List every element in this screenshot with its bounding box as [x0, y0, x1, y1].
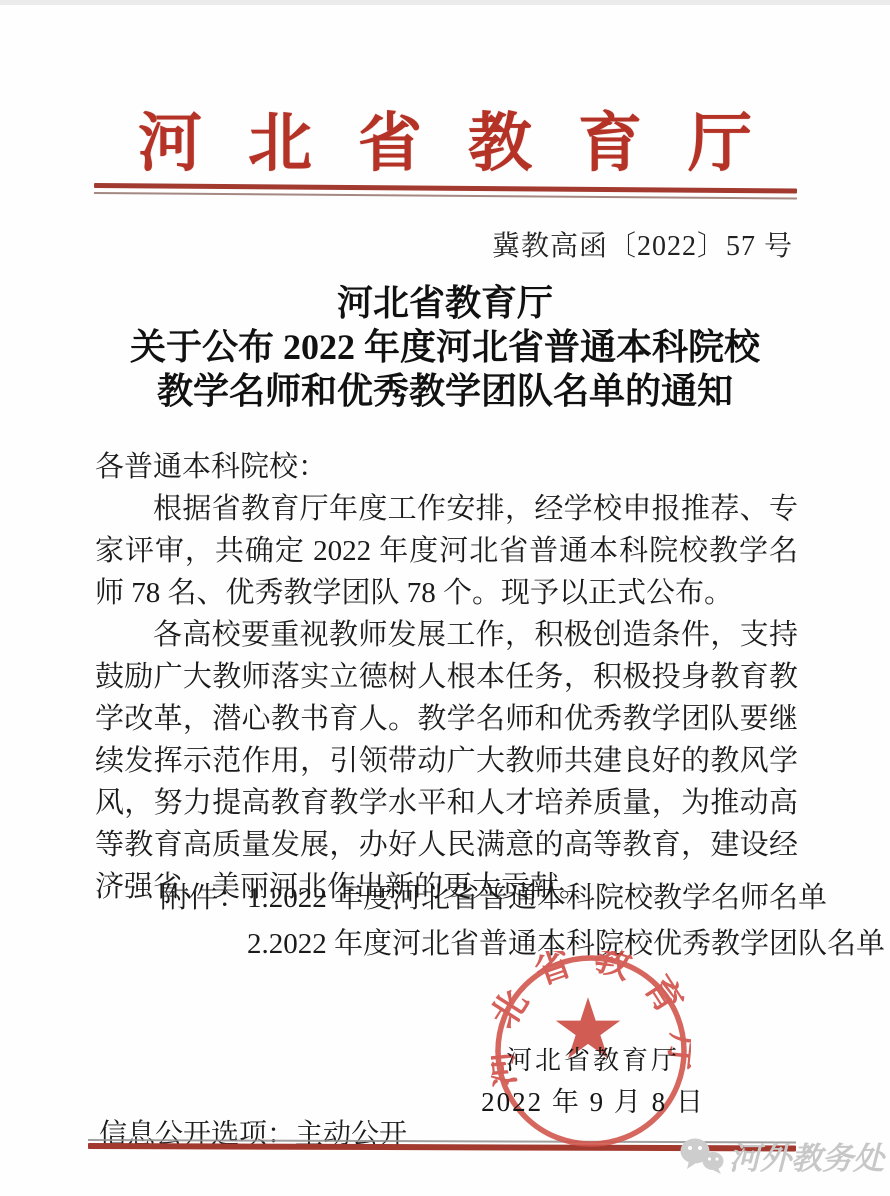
notice-title-line-1: 河北省教育厅 [0, 281, 890, 325]
notice-title: 河北省教育厅 关于公布 2022 年度河北省普通本科院校 教学名师和优秀教学团队… [0, 281, 890, 413]
scan-edge-strip [0, 0, 890, 5]
watermark-text: 河外教务处 [729, 1133, 884, 1178]
notice-title-line-3: 教学名师和优秀教学团队名单的通知 [0, 369, 890, 413]
attachments-label: 附件： [160, 882, 247, 914]
signature-date: 2022 年 9 月 8 日 [478, 1080, 708, 1119]
salutation: 各普通本科院校： [95, 446, 798, 488]
signature-org: 河北省教育厅 [478, 1040, 708, 1077]
doc-number: 冀教高函〔2022〕57 号 [492, 224, 793, 264]
letterhead-rule [94, 183, 797, 200]
letterhead-org-name: 河北省教育厅 [138, 108, 798, 180]
letterhead: 河北省教育厅 [0, 108, 890, 180]
wechat-icon [679, 1136, 725, 1176]
official-document-page: 河北省教育厅 冀教高函〔2022〕57 号 河北省教育厅 关于公布 2022 年… [0, 0, 890, 1196]
body-paragraph-2: 各高校要重视教师发展工作，积极创造条件，支持鼓励广大教师落实立德树人根本任务，积… [95, 614, 798, 908]
attachment-line-1: 附件：1.2022 年度河北省普通本科院校教学名师名单 [160, 875, 885, 921]
notice-title-line-2: 关于公布 2022 年度河北省普通本科院校 [0, 325, 890, 369]
notice-body: 各普通本科院校： 根据省教育厅年度工作安排，经学校申报推荐、专家评审，共确定 2… [95, 446, 798, 908]
source-watermark: 河外教务处 [679, 1133, 884, 1178]
attachment-item-1: 1.2022 年度河北省普通本科院校教学名师名单 [247, 882, 827, 914]
body-paragraph-1: 根据省教育厅年度工作安排，经学校申报推荐、专家评审，共确定 2022 年度河北省… [95, 488, 798, 614]
